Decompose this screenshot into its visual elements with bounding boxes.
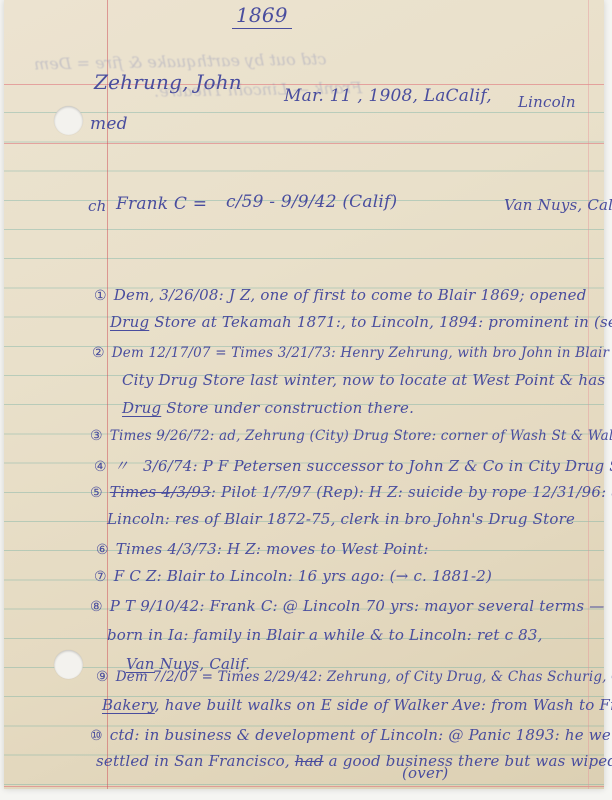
child-place: Van Nuys, Calif [504,196,612,214]
child-dates: c/59 - 9/9/42 (Calif) [226,192,397,212]
page-title-year: 1869 [232,3,292,27]
entry-2-line-2: City Drug Store last winter, now to loca… [122,371,605,389]
struck-citation: Times 4/3/93 [110,483,211,501]
entry-3-number: ③ [90,428,103,444]
punch-hole-bottom [54,650,83,679]
entry-1-line-2: Drug Store at Tekamah 1871:, to Lincoln,… [110,313,612,331]
struck-word: had [295,752,324,770]
death-date: Mar. 11 , 1908, LaCalif, [284,86,492,106]
entry-8-number: ⑧ [90,599,103,615]
header-rule-line-2 [4,143,604,144]
entry-4-number: ④ [94,459,107,475]
punch-hole-top [54,106,83,135]
entry-2-number: ② [92,345,105,361]
entry-2-line-1: ②Dem 12/17/07 = Times 3/21/73: Henry Zeh… [92,345,609,361]
entry-3-line-1: ③Times 9/26/72: ad, Zehrung (City) Drug … [90,428,612,444]
ditto-mark: 〃 [114,457,129,475]
footer-rule-line [4,786,604,787]
scanned-note-page: ctd out by earthquake & fire = Dem Frank… [4,0,604,789]
entry-6-number: ⑥ [96,542,109,558]
entry-9-line-2: Bakery, have built walks on E side of Wa… [102,696,612,714]
child-name: Frank C = [116,194,207,214]
residence-note: Lincoln [518,93,576,111]
entry-5-line-2: Lincoln: res of Blair 1872-75, clerk in … [107,510,575,528]
entry-9-number: ⑨ [96,669,109,685]
entry-7-number: ⑦ [94,569,107,585]
entry-7-line-1: ⑦F C Z: Blair to Lincoln: 16 yrs ago: (→… [94,567,492,585]
entry-8-line-2: born in Ia: family in Blair a while & to… [107,626,543,644]
entry-10-number: ⑩ [90,728,103,744]
entry-5-line-1: ⑤Times 4/3/93: Pilot 1/7/97 (Rep): H Z: … [90,483,612,501]
entry-9-line-1: ⑨Dem 7/2/07 = Times 2/29/42: Zehrung, of… [96,669,612,685]
entry-10-line-2: settled in San Francisco, had a good bus… [96,752,612,770]
entry-2-line-3: Drug Store under construction there. [122,399,414,417]
entry-6-line-1: ⑥Times 4/3/73: H Z: moves to West Point: [96,540,429,558]
entry-5-number: ⑤ [90,485,103,501]
entry-1-number: ① [94,288,107,304]
med-note: med [90,114,128,134]
entry-4-line-1: ④〃3/6/74: P F Petersen successor to John… [94,455,612,476]
entry-8-line-1: ⑧P T 9/10/42: Frank C: @ Lincoln 70 yrs:… [90,597,604,615]
person-name: Zehrung, John [94,70,242,94]
over-note: (over) [402,764,448,782]
child-label: ch [88,197,106,215]
entry-10-line-1: ⑩ctd: in business & development of Linco… [90,726,612,744]
entry-1-line-1: ①Dem, 3/26/08: J Z, one of first to come… [94,286,587,304]
